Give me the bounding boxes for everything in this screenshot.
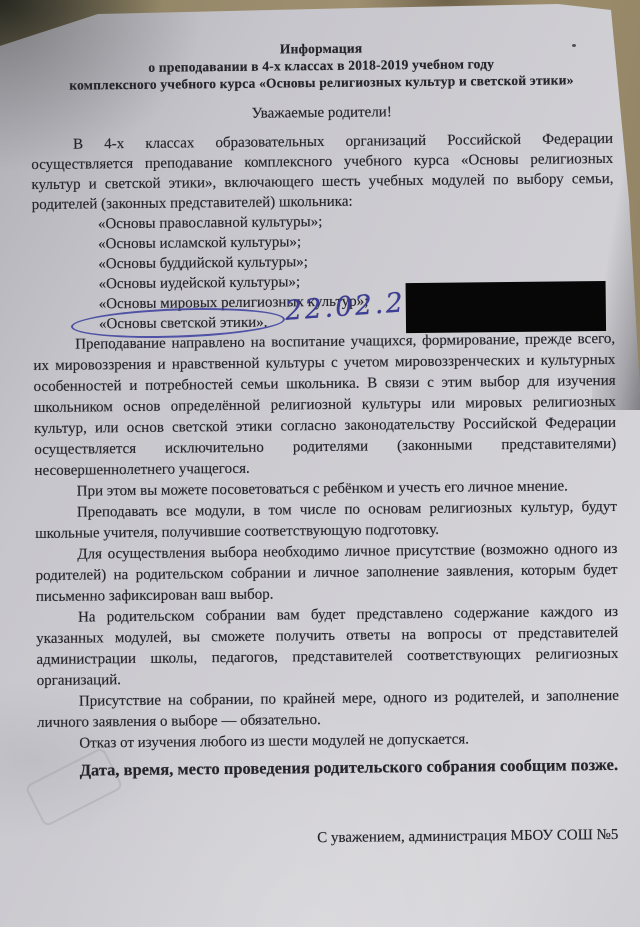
- body-paragraph-teachers: Преподавать все модули, в том числе по о…: [35, 497, 617, 545]
- intro-paragraph: В 4-х классах образовательных организаци…: [31, 129, 614, 215]
- salutation: Уважаемые родители!: [31, 102, 613, 125]
- body-paragraph-meeting-content: На родительском собрании вам будет предс…: [36, 602, 619, 692]
- redaction-box: [406, 281, 607, 333]
- closing-note: Дата, время, место проведения родительск…: [38, 753, 620, 783]
- doc-title: Информация о преподавании в 4-х классах …: [30, 37, 613, 94]
- body-paragraph-attendance-required: Присутствие на собрании, по крайней мере…: [37, 686, 619, 734]
- document-content: Информация о преподавании в 4-х классах …: [30, 37, 620, 850]
- photo-background: Информация о преподавании в 4-х классах …: [0, 0, 640, 927]
- body-paragraph-teaching-aim: Преподавание направлено на воспитание уч…: [33, 329, 617, 482]
- paper-sheet: Информация о преподавании в 4-х классах …: [0, 0, 640, 927]
- document-photo: { "doc": { "title_lines": [ "Информация"…: [0, 0, 640, 927]
- signature-line: С уважением, администрация МБОУ СОШ №5: [38, 827, 620, 850]
- body-paragraph-personal-presence: Для осуществления выбора необходимо личн…: [35, 539, 618, 608]
- module-list: «Основы православной культуры»; «Основы …: [32, 209, 615, 335]
